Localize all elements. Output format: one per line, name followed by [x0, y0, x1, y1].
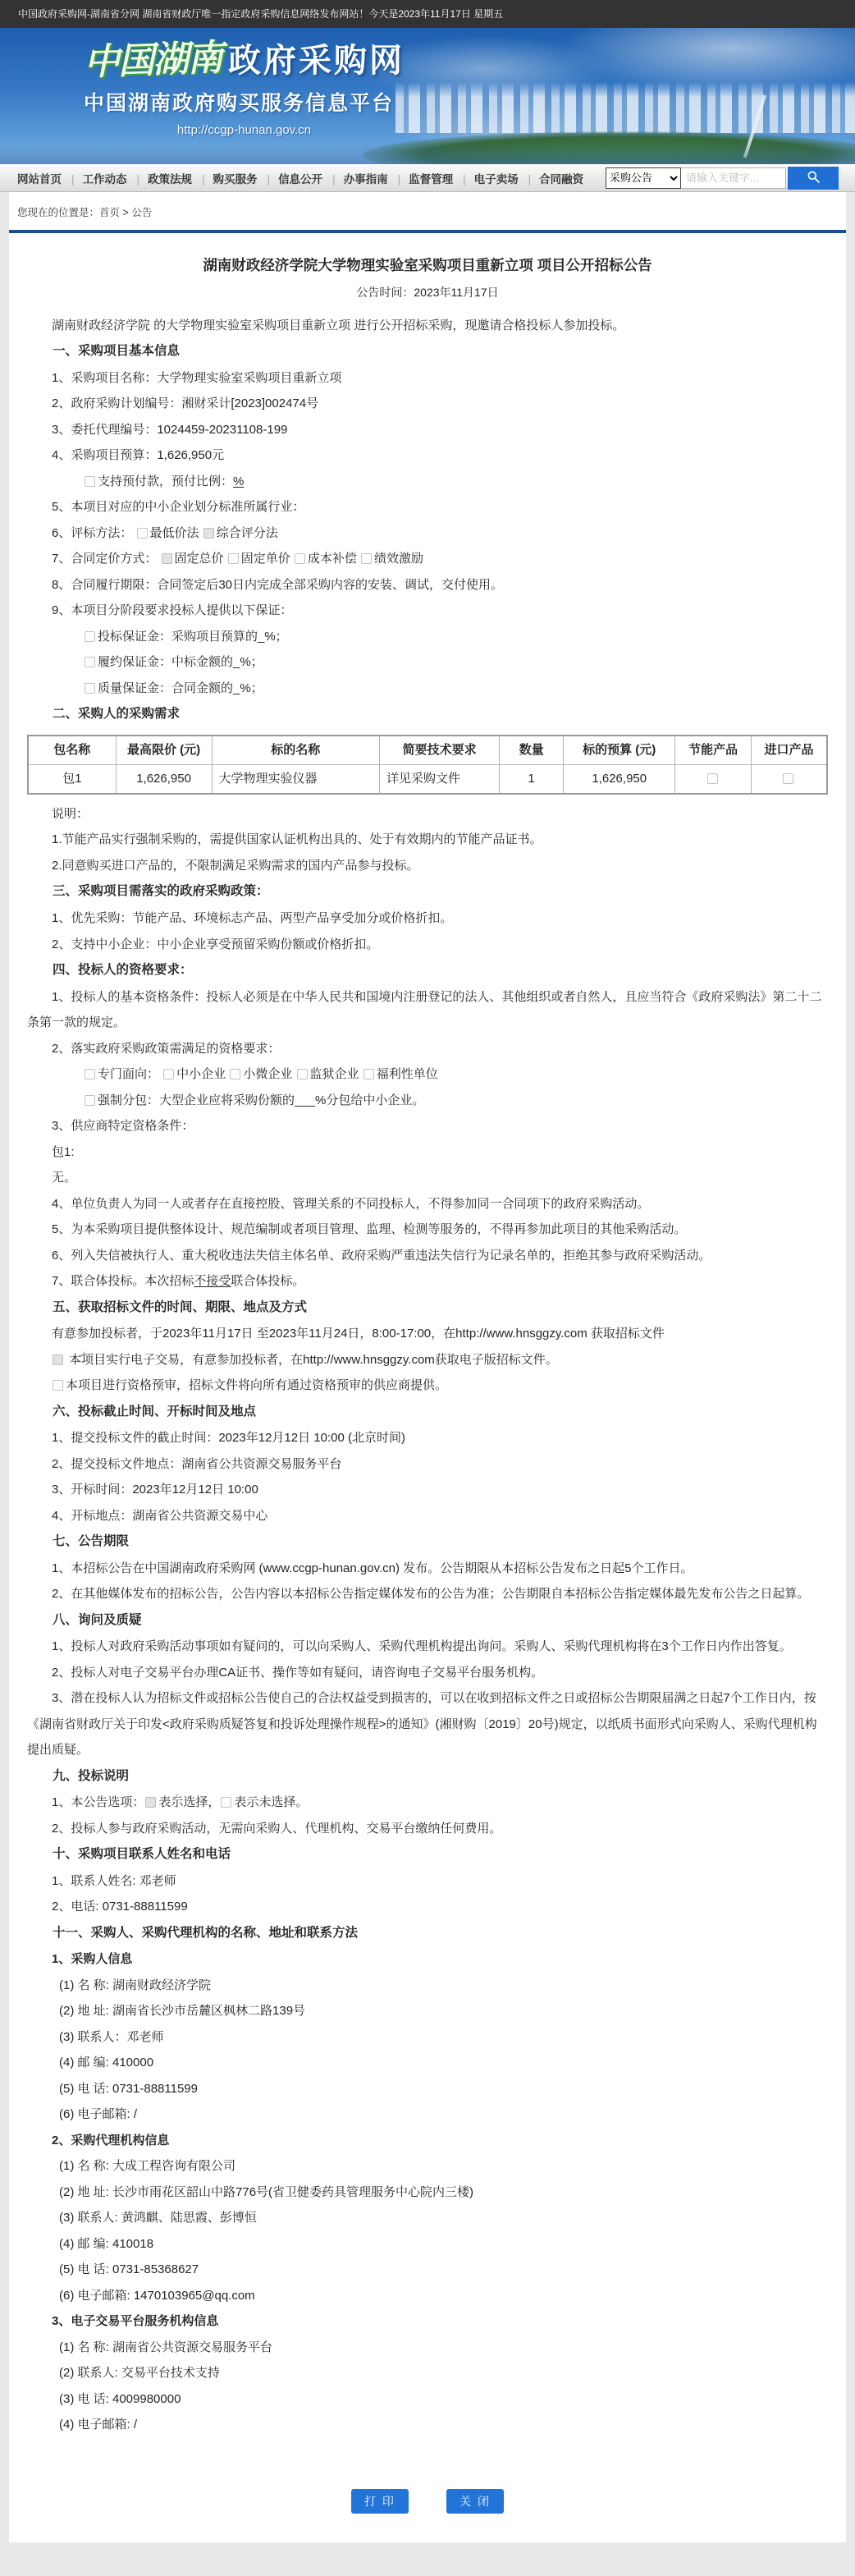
doc-paragraph: 2、投标人对电子交易平台办理CA证书、操作等如有疑问，请咨询电子交易平台服务机构…: [27, 1660, 828, 1686]
text-run: (6) 电子邮箱: 1470103965@qq.com: [59, 2289, 255, 2303]
doc-paragraph: 1、投标人对政府采购活动事项如有疑问的，可以向采购人、采购代理机构提出询问。采购…: [27, 1634, 828, 1660]
text-run: 1、优先采购：节能产品、环境标志产品、两型产品享受加分或价格折扣。: [52, 911, 452, 925]
section-heading: 九、投标说明: [27, 1763, 828, 1790]
search-icon: [807, 170, 821, 186]
checkbox-unchecked-icon[interactable]: [295, 553, 305, 564]
text-run: 本项目进行资格预审，招标文件将向所有通过资格预审的供应商提供。: [66, 1378, 447, 1392]
nav-menu: 网站首页工作动态政策法规购买服务信息公开办事指南监督管理电子卖场合同融资: [0, 170, 584, 186]
main-nav: 网站首页工作动态政策法规购买服务信息公开办事指南监督管理电子卖场合同融资 采购公…: [0, 164, 855, 192]
table-header-cell: 数量: [500, 736, 564, 765]
doc-paragraph: 说明：: [27, 801, 828, 827]
text-run: %: [233, 474, 244, 488]
text-run: (5) 电 话: 0731-85368627: [59, 2262, 199, 2276]
nav-item[interactable]: 合同融资: [519, 170, 585, 186]
table-cell: [675, 764, 752, 794]
text-run: 二、采购人的采购需求: [53, 707, 180, 721]
search-box: 采购公告: [606, 167, 839, 190]
text-run: (6) 电子邮箱: /: [59, 2107, 137, 2121]
doc-paragraph: 本项目进行资格预审，招标文件将向所有通过资格预审的供应商提供。: [27, 1373, 828, 1399]
text-run: 2、政府采购计划编号：湘财采计[2023]002474号: [52, 396, 318, 410]
text-run: 八、询问及质疑: [53, 1613, 142, 1627]
doc-paragraph: 9、本项目分阶段要求投标人提供以下保证：: [27, 598, 828, 624]
doc-paragraph: 1、优先采购：节能产品、环境标志产品、两型产品享受加分或价格折扣。: [27, 905, 828, 932]
checkbox-checked-icon[interactable]: [53, 1354, 63, 1365]
text-run: 6、评标方法：: [52, 526, 136, 540]
text-run: (2) 地 址: 长沙市雨花区韶山中路776号(省卫健委药具管理服务中心院内三楼…: [59, 2185, 473, 2199]
section-heading: 三、采购项目需落实的政府采购政策：: [27, 878, 828, 905]
text-run: 成本补偿: [308, 552, 360, 566]
doc-paragraph: 6、评标方法： 最低价法 综合评分法: [27, 520, 828, 547]
doc-paragraph: (3) 电 话: 4009980000: [27, 2386, 828, 2413]
text-run: 2、支持中小企业：中小企业享受预留采购份额或价格折扣。: [52, 937, 378, 951]
doc-paragraph: 1、采购项目名称：大学物理实验室采购项目重新立项: [27, 365, 828, 392]
doc-paragraph: (4) 邮 编: 410018: [27, 2231, 828, 2257]
text-run: (1) 名 称: 大成工程咨询有限公司: [59, 2159, 235, 2173]
doc-paragraph: 专门面向： 中小企业 小微企业 监狱企业 福利性单位: [27, 1061, 828, 1088]
table-row: 包11,626,950大学物理实验仪器详见采购文件11,626,950: [28, 764, 827, 794]
doc-paragraph: 7、联合体投标。本次招标不接受联合体投标。: [27, 1268, 828, 1295]
publish-time: 公告时间：2023年11月17日: [27, 281, 828, 305]
text-run: 1、采购项目名称：大学物理实验室采购项目重新立项: [52, 371, 341, 385]
breadcrumb-home-link[interactable]: 首页: [99, 207, 120, 218]
breadcrumb-separator: >: [123, 207, 129, 218]
checkbox-unchecked-icon[interactable]: [85, 1095, 95, 1106]
text-run: 2、提交投标文件地点：湖南省公共资源交易服务平台: [52, 1457, 341, 1471]
doc-paragraph: 7、合同定价方式： 固定总价 固定单价 成本补偿 绩效激励: [27, 546, 828, 572]
table-header-cell: 进口产品: [751, 736, 827, 765]
doc-paragraph: 履约保证金：中标金额的_%；: [27, 649, 828, 676]
text-run: 1、提交投标文件的截止时间：2023年12月12日 10:00 (北京时间): [52, 1431, 405, 1445]
text-run: 3、委托代理编号：1024459-20231108-199: [52, 423, 287, 437]
text-run: 4、采购项目预算：1,626,950元: [52, 448, 224, 462]
section-heading: 十一、采购人、采购代理机构的名称、地址和联系方法: [27, 1920, 828, 1947]
table-cell: [751, 764, 827, 794]
text-run: 2、电话: 0731-88811599: [52, 1900, 188, 1914]
text-run: 强制分包：大型企业应将采购份额的___%分包给中小企业。: [98, 1093, 424, 1107]
checkbox-unchecked-icon[interactable]: [85, 1069, 95, 1079]
section-heading: 十、采购项目联系人姓名和电话: [27, 1841, 828, 1868]
text-run: 小微企业: [243, 1067, 295, 1081]
doc-paragraph: (2) 地 址: 长沙市雨花区韶山中路776号(省卫健委药具管理服务中心院内三楼…: [27, 2180, 828, 2206]
text-run: 三、采购项目需落实的政府采购政策：: [53, 884, 269, 898]
top-info-bar: 中国政府采购网-湖南省分网 湖南省财政厅唯一指定政府采购信息网络发布网站！今天是…: [0, 0, 855, 28]
doc-paragraph: 3、委托代理编号：1024459-20231108-199: [27, 417, 828, 443]
text-run: 九、投标说明: [53, 1769, 129, 1783]
sub-heading: 1、采购人信息: [27, 1946, 828, 1973]
doc-paragraph: 有意参加投标者，于2023年11月17日 至2023年11月24日，8:00-1…: [27, 1321, 828, 1347]
checkbox-unchecked-icon[interactable]: [783, 773, 793, 784]
checkbox-unchecked-icon[interactable]: [230, 1069, 240, 1079]
doc-paragraph: 无。: [27, 1165, 828, 1191]
doc-paragraph: (1) 名 称: 湖南省公共资源交易服务平台: [27, 2335, 828, 2361]
text-run: 1、联系人姓名: 邓老师: [52, 1874, 176, 1888]
text-run: (4) 邮 编: 410018: [59, 2237, 153, 2251]
doc-paragraph: 本项目实行电子交易，有意参加投标者，在http://www.hnsggzy.co…: [27, 1347, 828, 1373]
doc-paragraph: (3) 联系人：邓老师: [27, 2024, 828, 2051]
text-run: 包1:: [52, 1145, 75, 1159]
text-run: 1、投标人对政府采购活动事项如有疑问的，可以向采购人、采购代理机构提出询问。采购…: [52, 1639, 792, 1653]
doc-paragraph: 4、单位负责人为同一人或者存在直接控股、管理关系的不同投标人，不得参加同一合同项…: [27, 1191, 828, 1217]
text-run: (2) 地 址: 湖南省长沙市岳麓区枫林二路139号: [59, 2004, 305, 2018]
text-run: 2、投标人对电子交易平台办理CA证书、操作等如有疑问，请咨询电子交易平台服务机构…: [52, 1666, 543, 1680]
nav-item[interactable]: 监督管理: [389, 170, 455, 186]
checkbox-unchecked-icon[interactable]: [707, 773, 718, 784]
breadcrumb-current-link[interactable]: 公告: [131, 207, 152, 218]
text-run: 7、合同定价方式：: [52, 552, 161, 566]
text-run: 无。: [52, 1171, 76, 1185]
section-heading: 四、投标人的资格要求：: [27, 957, 828, 984]
checkbox-unchecked-icon[interactable]: [137, 528, 148, 539]
requirements-table: 包名称最高限价 (元)标的名称简要技术要求数量标的预算 (元)节能产品进口产品包…: [27, 735, 828, 795]
doc-paragraph: 2、提交投标文件地点：湖南省公共资源交易服务平台: [27, 1451, 828, 1478]
sub-heading: 3、电子交易平台服务机构信息: [27, 2308, 828, 2335]
section-heading: 一、采购项目基本信息: [27, 338, 828, 365]
doc-paragraph: (5) 电 话: 0731-88811599: [27, 2076, 828, 2102]
doc-paragraph: (6) 电子邮箱: /: [27, 2102, 828, 2128]
nav-item[interactable]: 网站首页: [16, 170, 62, 186]
print-button[interactable]: 打 印: [351, 2489, 409, 2514]
site-logo: 中国湖南 政府采购网 中国湖南政府购买服务信息平台 http://ccgp-hu…: [84, 41, 405, 137]
city-skyline-image: [395, 82, 855, 133]
table-header-cell: 简要技术要求: [380, 736, 500, 765]
doc-paragraph: 2、投标人参与政府采购活动，无需向采购人、代理机构、交易平台缴纳任何费用。: [27, 1816, 828, 1842]
text-run: 5、本项目对应的中小企业划分标准所属行业：: [52, 500, 304, 514]
text-run: 最低价法: [150, 526, 203, 540]
doc-paragraph: 1、联系人姓名: 邓老师: [27, 1868, 828, 1895]
doc-paragraph: 2、落实政府采购政策需满足的资格要求：: [27, 1036, 828, 1062]
doc-paragraph: 1、本招标公告在中国湖南政府采购网 (www.ccgp-hunan.gov.cn…: [27, 1556, 828, 1582]
text-run: (3) 联系人：邓老师: [59, 2030, 164, 2044]
text-run: 说明：: [52, 807, 89, 821]
action-bar: 打 印 关 闭: [27, 2438, 828, 2543]
text-run: 六、投标截止时间、开标时间及地点: [53, 1405, 256, 1419]
checkbox-unchecked-icon[interactable]: [297, 1069, 308, 1079]
text-run: 履约保证金：中标金额的_%；: [98, 655, 263, 669]
breadcrumb-prefix: 您现在的位置是：: [17, 207, 99, 218]
doc-paragraph: 3、潜在投标人认为招标文件或招标公告使自己的合法权益受到损害的，可以在收到招标文…: [27, 1685, 828, 1763]
doc-paragraph: 强制分包：大型企业应将采购份额的___%分包给中小企业。: [27, 1088, 828, 1114]
search-category-select[interactable]: 采购公告: [606, 167, 681, 189]
logo-subtitle: 中国湖南政府购买服务信息平台: [84, 87, 405, 117]
doc-paragraph: 1、提交投标文件的截止时间：2023年12月12日 10:00 (北京时间): [27, 1425, 828, 1451]
text-run: (5) 电 话: 0731-88811599: [59, 2082, 198, 2096]
river-image: [0, 143, 855, 164]
intro-paragraph: 湖南财政经济学院 的大学物理实验室采购项目重新立项 进行公开招标采购，现邀请合格…: [27, 313, 828, 339]
nav-item[interactable]: 信息公开: [258, 170, 324, 186]
checkbox-unchecked-icon[interactable]: [363, 1069, 374, 1079]
text-run: (3) 联系人: 黄鸿麒、陆思霞、彭博恒: [59, 2211, 257, 2225]
breadcrumb: 您现在的位置是：首页 > 公告: [9, 192, 846, 230]
doc-paragraph: (1) 名 称: 大成工程咨询有限公司: [27, 2153, 828, 2180]
logo-url: http://ccgp-hunan.gov.cn: [84, 123, 405, 137]
search-button[interactable]: [788, 167, 839, 190]
doc-paragraph: 1、投标人的基本资格条件：投标人必须是在中华人民共和国境内注册登记的法人、其他组…: [27, 984, 828, 1036]
text-run: 1、采购人信息: [52, 1952, 132, 1966]
doc-paragraph: (4) 邮 编: 410000: [27, 2050, 828, 2076]
nav-item[interactable]: 电子卖场: [454, 170, 519, 186]
table-header-cell: 节能产品: [675, 736, 752, 765]
table-header-cell: 标的名称: [212, 736, 380, 765]
text-run: 1.节能产品实行强制采购的，需提供国家认证机构出具的、处于有效期内的节能产品证书…: [52, 832, 542, 846]
table-cell: 包1: [28, 764, 116, 794]
nav-item[interactable]: 购买服务: [193, 170, 258, 186]
doc-paragraph: 质量保证金：合同金额的_%；: [27, 676, 828, 702]
text-run: (1) 名 称: 湖南省公共资源交易服务平台: [59, 2340, 272, 2354]
text-run: 2、落实政府采购政策需满足的资格要求：: [52, 1042, 280, 1056]
section-heading: 七、公告期限: [27, 1529, 828, 1556]
text-run: 投标保证金：采购项目预算的_%；: [98, 630, 288, 644]
text-run: 监狱企业: [310, 1067, 363, 1081]
doc-paragraph: 包1:: [27, 1139, 828, 1166]
table-header-cell: 最高限价 (元): [116, 736, 212, 765]
text-run: 中小企业: [176, 1067, 229, 1081]
doc-paragraph: 投标保证金：采购项目预算的_%；: [27, 624, 828, 650]
text-run: 四、投标人的资格要求：: [53, 963, 193, 977]
content-panel: 您现在的位置是：首页 > 公告 湖南财政经济学院大学物理实验室采购项目重新立项 …: [9, 192, 846, 2542]
text-run: 9、本项目分阶段要求投标人提供以下保证：: [52, 603, 292, 617]
text-run: 五、获取招标文件的时间、期限、地点及方式: [53, 1300, 307, 1314]
section-heading: 二、采购人的采购需求: [27, 701, 828, 728]
doc-paragraph: 6、列入失信被执行人、重大税收违法失信主体名单、政府采购严重违法失信行为记录名单…: [27, 1243, 828, 1269]
doc-body: 一、采购项目基本信息1、采购项目名称：大学物理实验室采购项目重新立项2、政府采购…: [27, 338, 828, 2438]
text-run: (3) 电 话: 4009980000: [59, 2392, 181, 2406]
text-run: 支持预付款，预付比例：: [98, 474, 233, 488]
text-run: 2.同意购买进口产品的，不限制满足采购需求的国内产品参与投标。: [52, 859, 419, 873]
checkbox-checked-icon[interactable]: [203, 528, 214, 539]
nav-item[interactable]: 办事指南: [323, 170, 389, 186]
table-cell: 1: [500, 764, 564, 794]
logo-calligraphy: 中国湖南: [83, 39, 222, 83]
text-run: 3、开标时间：2023年12月12日 10:00: [52, 1483, 258, 1497]
text-run: 十、采购项目联系人姓名和电话: [53, 1847, 231, 1861]
doc-paragraph: 2、在其他媒体发布的招标公告，公告内容以本招标公告指定媒体发布的公告为准；公告期…: [27, 1581, 828, 1607]
text-run: 3、电子交易平台服务机构信息: [52, 2314, 218, 2328]
text-run: 表示未选择。: [234, 1795, 308, 1809]
text-run: 质量保证金：合同金额的_%；: [98, 681, 263, 695]
checkbox-unchecked-icon[interactable]: [85, 683, 95, 694]
text-run: 福利性单位: [377, 1067, 438, 1081]
doc-paragraph: (4) 电子邮箱: /: [27, 2412, 828, 2438]
checkbox-unchecked-icon[interactable]: [221, 1797, 231, 1808]
doc-paragraph: 2、政府采购计划编号：湘财采计[2023]002474号: [27, 391, 828, 417]
doc-paragraph: (1) 名 称: 湖南财政经济学院: [27, 1973, 828, 1999]
close-button[interactable]: 关 闭: [446, 2489, 504, 2514]
text-run: 2、采购代理机构信息: [52, 2134, 169, 2147]
checkbox-unchecked-icon[interactable]: [85, 631, 95, 642]
checkbox-unchecked-icon[interactable]: [53, 1380, 63, 1391]
doc-paragraph: 3、开标时间：2023年12月12日 10:00: [27, 1477, 828, 1503]
checkbox-unchecked-icon[interactable]: [85, 476, 95, 487]
text-run: 4、开标地点：湖南省公共资源交易中心: [52, 1509, 267, 1523]
text-run: 联合体投标。: [231, 1274, 304, 1288]
sub-heading: 2、采购代理机构信息: [27, 2128, 828, 2154]
doc-paragraph: 2、支持中小企业：中小企业享受预留采购份额或价格折扣。: [27, 932, 828, 958]
text-run: 不接受: [194, 1274, 231, 1288]
text-run: 8、合同履行期限：合同签定后30日内完成全部采购内容的安装、调试，交付使用。: [52, 578, 503, 592]
text-run: 5、为本采购项目提供整体设计、规范编制或者项目管理、监理、检测等服务的，不得再参…: [52, 1222, 686, 1236]
doc-paragraph: 3、供应商特定资格条件：: [27, 1113, 828, 1139]
table-header-cell: 包名称: [28, 736, 116, 765]
doc-paragraph: (2) 地 址: 湖南省长沙市岳麓区枫林二路139号: [27, 1998, 828, 2024]
page-title: 湖南财政经济学院大学物理实验室采购项目重新立项 项目公开招标公告: [27, 253, 828, 279]
checkbox-checked-icon[interactable]: [145, 1797, 156, 1808]
text-run: 1、投标人的基本资格条件：投标人必须是在中华人民共和国境内注册登记的法人、其他组…: [27, 990, 821, 1030]
table-cell: 1,626,950: [116, 764, 212, 794]
doc-paragraph: 1、本公告选项：表示选择，表示未选择。: [27, 1790, 828, 1816]
doc-paragraph: 2.同意购买进口产品的，不限制满足采购需求的国内产品参与投标。: [27, 853, 828, 879]
text-run: (4) 电子邮箱: /: [59, 2418, 137, 2432]
text-run: 3、潜在投标人认为招标文件或招标公告使自己的合法权益受到损害的，可以在收到招标文…: [27, 1691, 817, 1757]
text-run: 绩效激励: [374, 552, 423, 566]
doc-paragraph: (2) 联系人: 交易平台技术支持: [27, 2360, 828, 2386]
doc-paragraph: 4、采购项目预算：1,626,950元: [27, 442, 828, 469]
text-run: 7、联合体投标。本次招标: [52, 1274, 194, 1288]
doc-paragraph: 5、本项目对应的中小企业划分标准所属行业：: [27, 494, 828, 520]
checkbox-checked-icon[interactable]: [162, 553, 172, 564]
text-run: 专门面向：: [98, 1067, 162, 1081]
table-cell: 1,626,950: [564, 764, 675, 794]
text-run: 1、本招标公告在中国湖南政府采购网 (www.ccgp-hunan.gov.cn…: [52, 1561, 693, 1575]
text-run: 一、采购项目基本信息: [53, 344, 180, 358]
text-run: 七、公告期限: [53, 1534, 129, 1548]
text-run: 本项目实行电子交易，有意参加投标者，在http://www.hnsggzy.co…: [66, 1353, 558, 1367]
text-run: (2) 联系人: 交易平台技术支持: [59, 2366, 220, 2380]
text-run: 1、本公告选项：: [52, 1795, 144, 1809]
announcement-document: 湖南财政经济学院大学物理实验室采购项目重新立项 项目公开招标公告 公告时间：20…: [9, 233, 846, 2542]
doc-paragraph: 8、合同履行期限：合同签定后30日内完成全部采购内容的安装、调试，交付使用。: [27, 572, 828, 598]
site-banner: 中国湖南 政府采购网 中国湖南政府购买服务信息平台 http://ccgp-hu…: [0, 28, 855, 164]
logo-title: 政府采购网: [228, 41, 405, 80]
doc-paragraph: 5、为本采购项目提供整体设计、规范编制或者项目管理、监理、检测等服务的，不得再参…: [27, 1217, 828, 1243]
doc-paragraph: (6) 电子邮箱: 1470103965@qq.com: [27, 2283, 828, 2309]
table-header-cell: 标的预算 (元): [564, 736, 675, 765]
doc-paragraph: (5) 电 话: 0731-85368627: [27, 2257, 828, 2283]
nav-item[interactable]: 工作动态: [62, 170, 128, 186]
text-run: 2、在其他媒体发布的招标公告，公告内容以本招标公告指定媒体发布的公告为准；公告期…: [52, 1587, 809, 1601]
checkbox-unchecked-icon[interactable]: [163, 1069, 174, 1079]
text-run: 十一、采购人、采购代理机构的名称、地址和联系方法: [53, 1926, 358, 1940]
text-run: 4、单位负责人为同一人或者存在直接控股、管理关系的不同投标人，不得参加同一合同项…: [52, 1197, 649, 1211]
checkbox-unchecked-icon[interactable]: [85, 657, 95, 667]
doc-paragraph: 2、电话: 0731-88811599: [27, 1894, 828, 1920]
text-run: 固定单价: [241, 552, 294, 566]
section-heading: 六、投标截止时间、开标时间及地点: [27, 1399, 828, 1426]
doc-paragraph: (3) 联系人: 黄鸿麒、陆思霞、彭博恒: [27, 2205, 828, 2231]
text-run: (4) 邮 编: 410000: [59, 2056, 153, 2070]
checkbox-unchecked-icon[interactable]: [228, 553, 239, 564]
section-heading: 八、询问及质疑: [27, 1607, 828, 1634]
checkbox-unchecked-icon[interactable]: [361, 553, 372, 564]
text-run: 3、供应商特定资格条件：: [52, 1119, 194, 1133]
text-run: (1) 名 称: 湖南财政经济学院: [59, 1978, 211, 1992]
top-info-text: 中国政府采购网-湖南省分网 湖南省财政厅唯一指定政府采购信息网络发布网站！今天是…: [18, 8, 503, 20]
doc-paragraph: 支持预付款，预付比例：%: [27, 469, 828, 495]
doc-paragraph: 1.节能产品实行强制采购的，需提供国家认证机构出具的、处于有效期内的节能产品证书…: [27, 827, 828, 853]
table-cell: 详见采购文件: [380, 764, 500, 794]
text-run: 6、列入失信被执行人、重大税收违法失信主体名单、政府采购严重违法失信行为记录名单…: [52, 1249, 711, 1263]
doc-paragraph: 4、开标地点：湖南省公共资源交易中心: [27, 1503, 828, 1529]
search-input[interactable]: [681, 167, 786, 189]
text-run: 有意参加投标者，于2023年11月17日 至2023年11月24日，8:00-1…: [52, 1327, 665, 1341]
nav-item[interactable]: 政策法规: [128, 170, 194, 186]
text-run: 2、投标人参与政府采购活动，无需向采购人、代理机构、交易平台缴纳任何费用。: [52, 1822, 501, 1836]
section-heading: 五、获取招标文件的时间、期限、地点及方式: [27, 1295, 828, 1322]
table-cell: 大学物理实验仪器: [212, 764, 380, 794]
